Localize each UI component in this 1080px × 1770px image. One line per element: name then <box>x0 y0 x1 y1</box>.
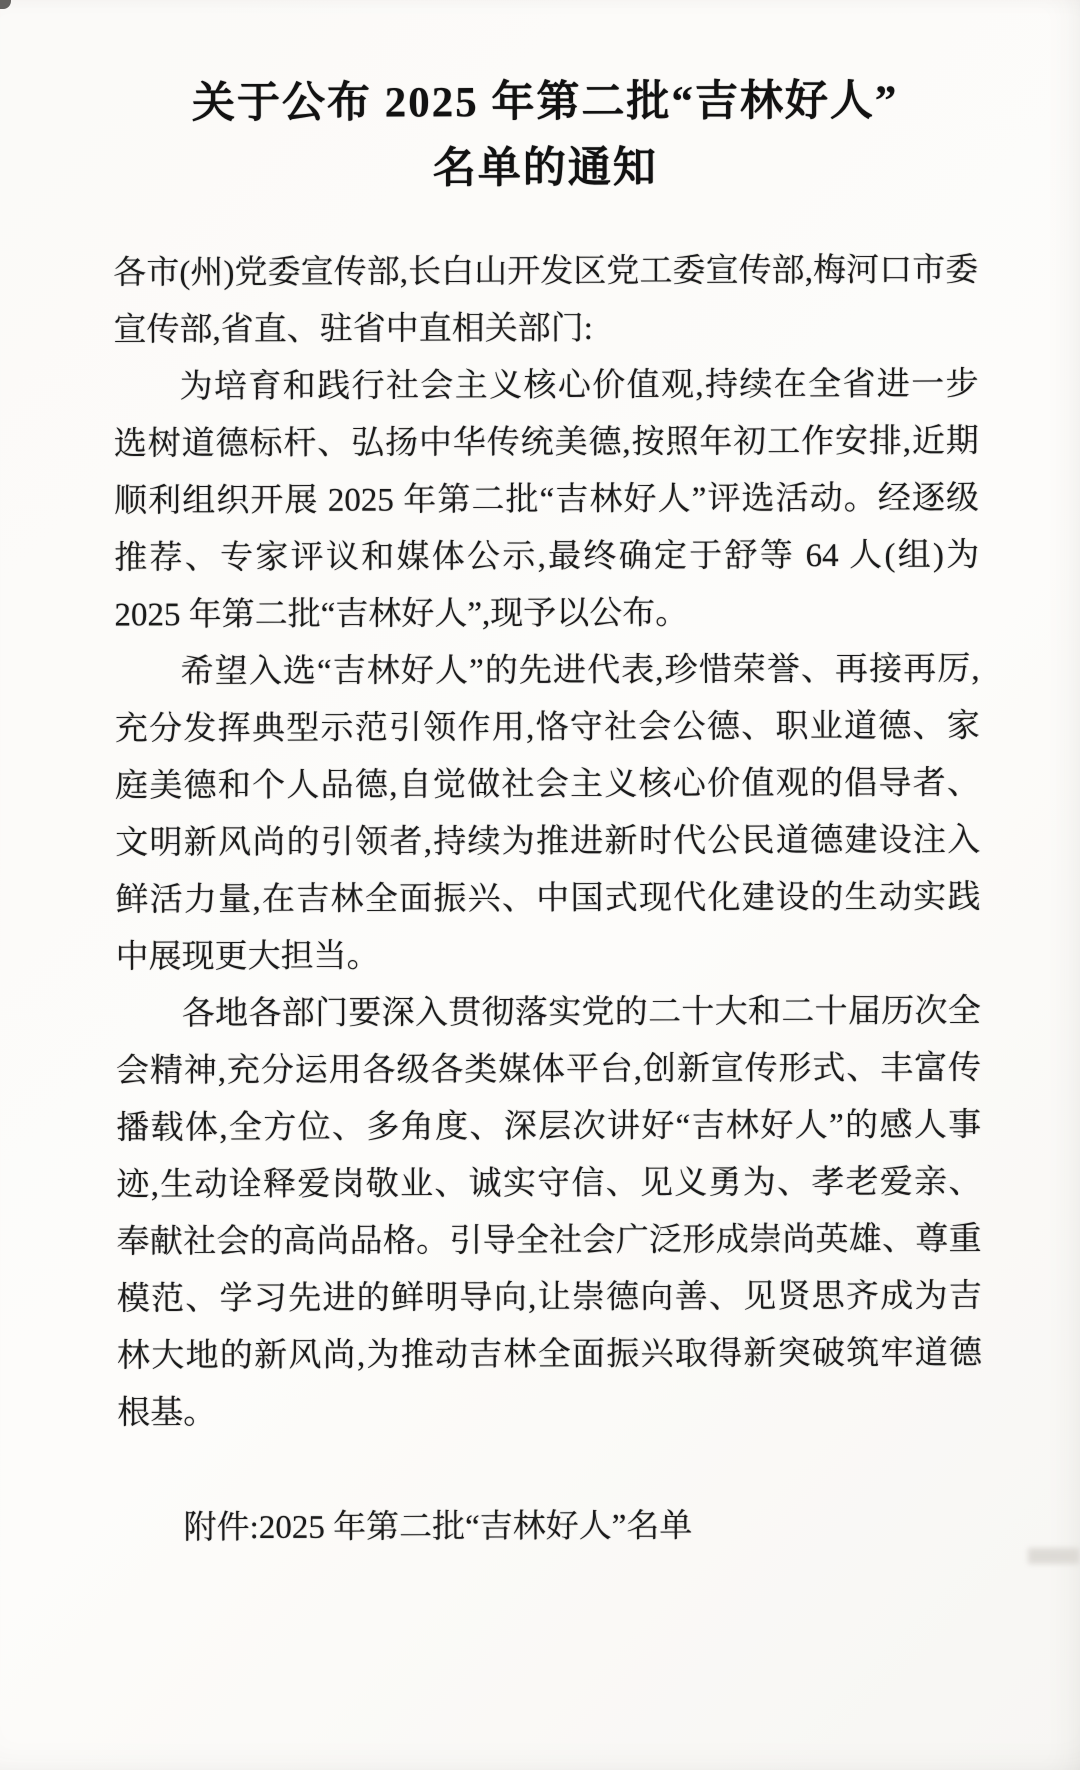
document-content: 关于公布 2025 年第二批“吉林好人” 名单的通知 各市(州)党委宣传部,长白… <box>0 0 1080 1558</box>
document-title-line1: 关于公布 2025 年第二批“吉林好人” <box>113 68 978 137</box>
body-paragraph: 各市(州)党委宣传部,长白山开发区党工委宣传部,梅河口市委宣传部,省直、驻省中直… <box>113 242 978 359</box>
body-paragraph: 各地各部门要深入贯彻落实党的二十大和二十届历次全会精神,充分运用各级各类媒体平台… <box>116 983 983 1442</box>
body-paragraph: 为培育和践行社会主义核心价值观,持续在全省进一步选树道德标杆、弘扬中华传统美德,… <box>114 356 980 644</box>
document-title: 关于公布 2025 年第二批“吉林好人” 名单的通知 <box>113 68 978 203</box>
body-paragraph: 希望入选“吉林好人”的先进代表,珍惜荣誉、再接再厉,充分发挥典型示范引领作用,恪… <box>115 641 981 986</box>
scanned-document-page: 关于公布 2025 年第二批“吉林好人” 名单的通知 各市(州)党委宣传部,长白… <box>0 0 1080 1770</box>
document-body: 各市(州)党委宣传部,长白山开发区党工委宣传部,梅河口市委宣传部,省直、驻省中直… <box>113 242 982 1442</box>
attachment-line: 附件:2025 年第二批“吉林好人”名单 <box>118 1497 983 1557</box>
document-title-line2: 名单的通知 <box>113 134 978 203</box>
